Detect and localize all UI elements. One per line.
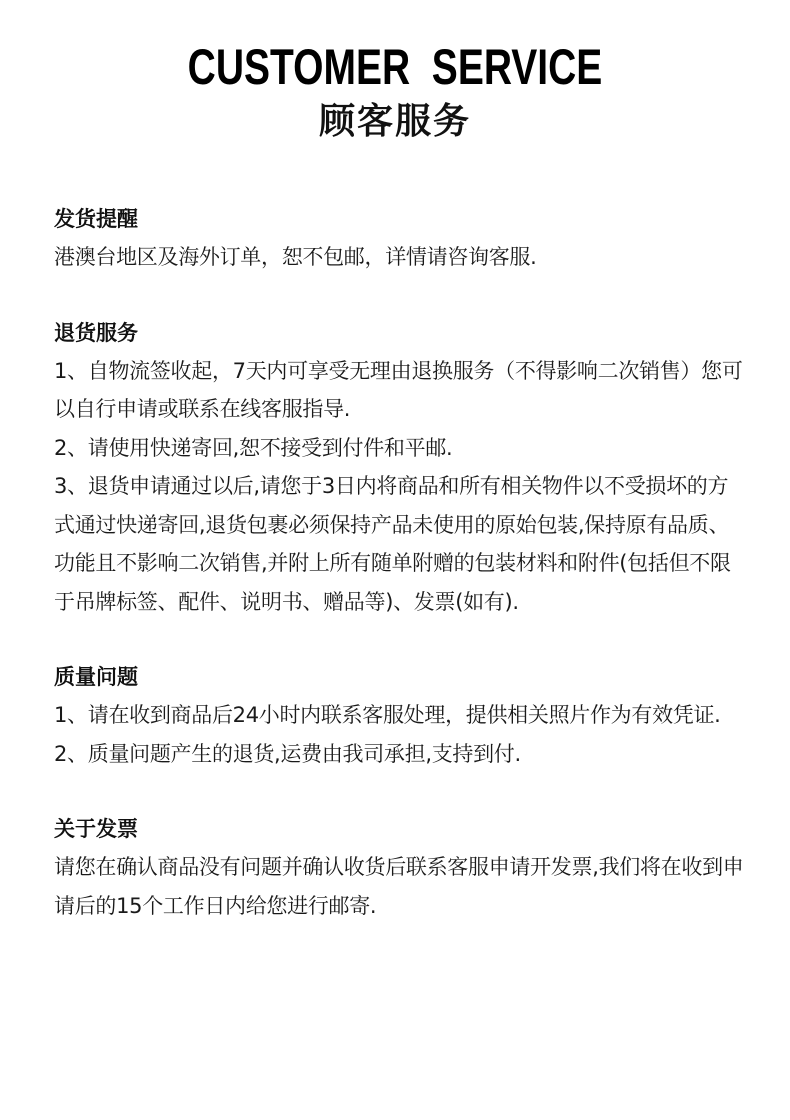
section-invoice: 关于发票 请您在确认商品没有问题并确认收货后联系客服申请开发票,我们将在收到申请… xyxy=(54,810,744,925)
section-return-service: 退货服务 1、自物流签收起，7天内可享受无理由退换服务（不得影响二次销售）您可以… xyxy=(54,314,744,622)
page-header: CUSTOMER SERVICE 顾客服务 xyxy=(0,38,790,144)
section-title: 关于发票 xyxy=(54,810,744,848)
section-title: 退货服务 xyxy=(54,314,744,352)
section-paragraph: 2、质量问题产生的退货,运费由我司承担,支持到付. xyxy=(54,735,744,774)
page-title-english: CUSTOMER SERVICE xyxy=(87,38,703,96)
section-quality-issues: 质量问题 1、请在收到商品后24小时内联系客服处理，提供相关照片作为有效凭证. … xyxy=(54,658,744,773)
section-title: 质量问题 xyxy=(54,658,744,696)
section-paragraph: 1、自物流签收起，7天内可享受无理由退换服务（不得影响二次销售）您可以自行申请或… xyxy=(54,352,744,429)
page-title-chinese: 顾客服务 xyxy=(0,100,790,144)
section-shipping-notice: 发货提醒 港澳台地区及海外订单，恕不包邮，详情请咨询客服. xyxy=(54,200,744,277)
section-paragraph: 2、请使用快递寄回,恕不接受到付件和平邮. xyxy=(54,429,744,468)
section-paragraph: 港澳台地区及海外订单，恕不包邮，详情请咨询客服. xyxy=(54,238,744,277)
section-paragraph: 3、退货申请通过以后,请您于3日内将商品和所有相关物件以不受损坏的方式通过快递寄… xyxy=(54,467,744,621)
section-paragraph: 请您在确认商品没有问题并确认收货后联系客服申请开发票,我们将在收到申请后的15个… xyxy=(54,848,744,925)
section-paragraph: 1、请在收到商品后24小时内联系客服处理，提供相关照片作为有效凭证. xyxy=(54,696,744,735)
policy-content: 发货提醒 港澳台地区及海外订单，恕不包邮，详情请咨询客服. 退货服务 1、自物流… xyxy=(54,200,744,962)
section-title: 发货提醒 xyxy=(54,200,744,238)
